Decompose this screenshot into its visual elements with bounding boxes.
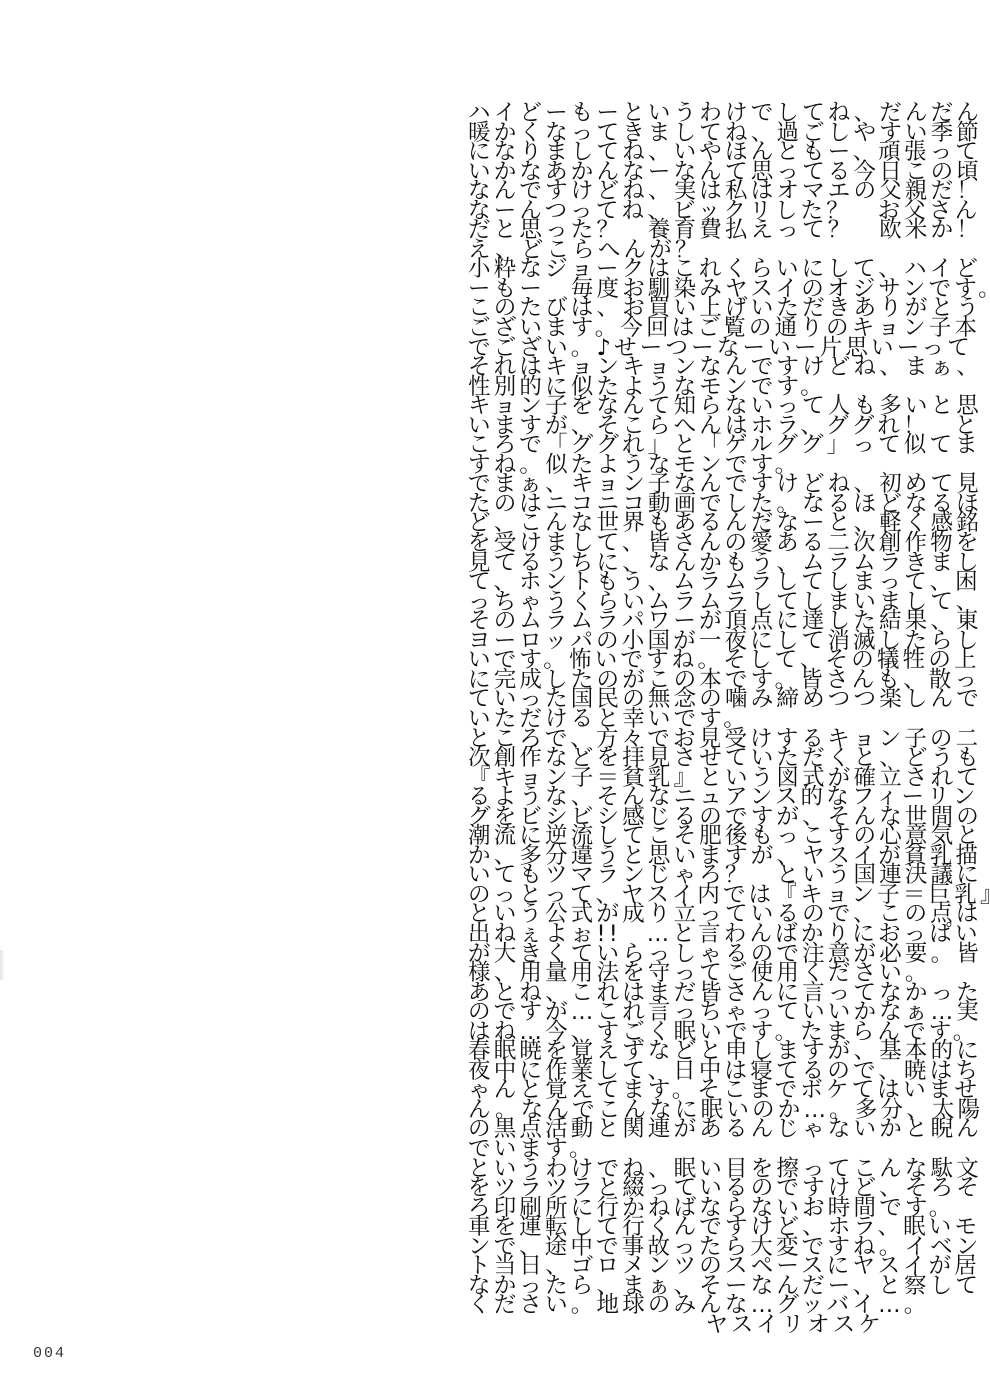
author-signature: ヤスイリオスケ <box>468 1316 898 1336</box>
afterword-text: ハイどーもーというわけでしてね、だんだん暖かくなってきましてね、過ごしやすい季節… <box>468 104 898 1335</box>
document-page: ハイどーもーというわけでしてね、だんだん暖かくなってきましてね、過ごしやすい季節… <box>0 0 990 1400</box>
scan-edge-artifact <box>0 950 5 980</box>
page-number: 004 <box>33 1345 66 1362</box>
